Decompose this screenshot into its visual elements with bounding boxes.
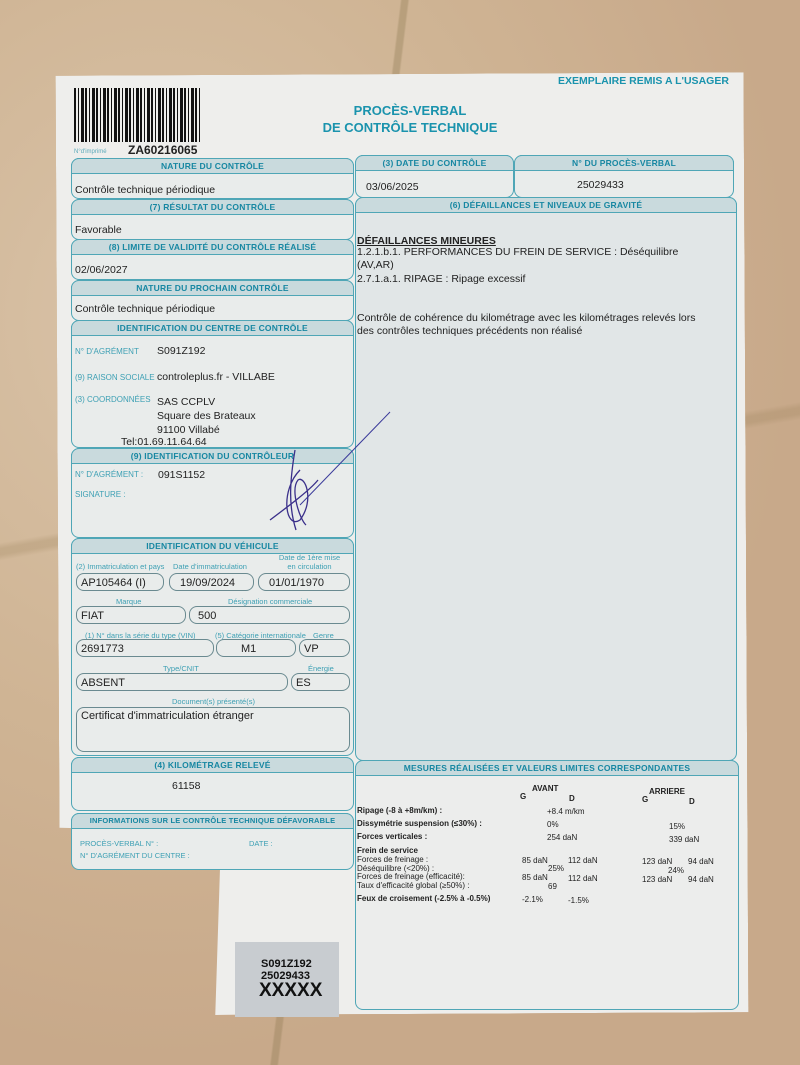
immat-label: (2) Immatriculation et pays [76, 562, 164, 571]
dissym-label: Dissymétrie suspension (≤30%) : [357, 819, 482, 828]
documents-label: Document(s) présenté(s) [172, 697, 255, 706]
defavorable-header: INFORMATIONS SUR LE CONTRÔLE TECHNIQUE D… [71, 813, 354, 829]
dissym-ar: 15% [669, 822, 685, 831]
signature-label: SIGNATURE : [75, 490, 126, 499]
date-immat-field: 19/09/2024 [169, 573, 254, 591]
controleur-agrement-label: N° D'AGRÉMENT : [75, 470, 143, 479]
forces-vert-label: Forces verticales : [357, 832, 427, 841]
prochain-value: Contrôle technique périodique [75, 303, 215, 315]
designation-label: Désignation commerciale [228, 597, 312, 606]
defaillance-line1: 1.2.1.b.1. PERFORMANCES DU FREIN DE SERV… [357, 246, 678, 258]
print-number-label: N°d'imprimé [74, 149, 107, 155]
avant-g-label: G [520, 792, 526, 801]
copy-label: EXEMPLAIRE REMIS A L'USAGER [558, 75, 729, 87]
resultat-value: Favorable [75, 224, 122, 236]
title-line2: DE CONTRÔLE TECHNIQUE [300, 120, 520, 135]
kilometrage-header: (4) KILOMÉTRAGE RELEVÉ [71, 757, 354, 773]
defavorable-pv-label: PROCÈS-VERBAL N° : [80, 839, 158, 848]
type-field: ABSENT [76, 673, 288, 691]
ripage-label: Ripage (-8 à +8m/km) : [357, 806, 442, 815]
sticker: S091Z192 25029433 XXXXX [235, 942, 339, 1017]
date-header: (3) DATE DU CONTRÔLE [355, 155, 514, 171]
freinage-label: Forces de freinage : [357, 855, 428, 864]
centre-coord3: 91100 Villabé [157, 424, 220, 436]
documents-field: Certificat d'immatriculation étranger [76, 707, 350, 752]
ripage-value: +8.4 m/km [547, 807, 585, 816]
pv-header: N° DU PROCÈS-VERBAL [514, 155, 734, 171]
freinage-eff-av-d: 112 daN [568, 874, 598, 883]
premiere-label1: Date de 1ère mise [262, 553, 357, 562]
print-number: ZA60216065 [128, 143, 197, 157]
forces-vert-av: 254 daN [547, 833, 577, 842]
centre-agrement-label: N° D'AGRÉMENT [75, 347, 139, 356]
date-immat-label: Date d'immatriculation [173, 562, 247, 571]
centre-raison-label: (9) RAISON SOCIALE [75, 373, 155, 382]
freinage-eff-av-g: 85 daN [522, 873, 548, 882]
designation-field: 500 [189, 606, 350, 624]
vin-field: 2691773 [76, 639, 214, 657]
sticker-line3: XXXXX [259, 980, 322, 1002]
marque-label: Marque [116, 597, 141, 606]
defaillance-note1: Contrôle de cohérence du kilométrage ave… [357, 312, 696, 324]
centre-coord2: Square des Brateaux [157, 410, 256, 422]
taux-label: Taux d'efficacité global (≥50%) : [357, 881, 470, 890]
sticker-line1: S091Z192 [261, 958, 312, 970]
categorie-field: M1 [216, 639, 296, 657]
immat-field: AP105464 (I) [76, 573, 164, 591]
genre-field: VP [299, 639, 350, 657]
arriere-d-label: D [689, 797, 695, 806]
centre-coord-label: (3) COORDONNÉES [75, 395, 151, 404]
signature-icon [260, 410, 400, 540]
nature-value: Contrôle technique périodique [75, 184, 215, 196]
freinage-av-d: 112 daN [568, 856, 598, 865]
avant-d-label: D [569, 794, 575, 803]
freinage-av-g: 85 daN [522, 856, 548, 865]
premiere-field: 01/01/1970 [258, 573, 350, 591]
defavorable-agrement-label: N° D'AGRÉMENT DU CENTRE : [80, 851, 190, 860]
defaillance-note2: des contrôles techniques précédents non … [357, 325, 582, 337]
centre-header: IDENTIFICATION DU CENTRE DE CONTRÔLE [71, 320, 354, 336]
validite-header: (8) LIMITE DE VALIDITÉ DU CONTRÔLE RÉALI… [71, 239, 354, 255]
freinage-ar-g: 123 daN [642, 857, 672, 866]
defaillance-line3: 2.7.1.a.1. RIPAGE : Ripage excessif [357, 273, 525, 285]
freinage-eff-ar-g: 123 daN [642, 875, 672, 884]
date-value: 03/06/2025 [366, 181, 419, 193]
freinage-eff-ar-d: 94 daN [688, 875, 714, 884]
centre-raison: controleplus.fr - VILLABE [157, 371, 275, 383]
taux-value: 69 [548, 882, 557, 891]
arriere-label: ARRIERE [649, 787, 685, 796]
defaillance-line2: (AV,AR) [357, 259, 394, 271]
arriere-g-label: G [642, 795, 648, 804]
prochain-header: NATURE DU PROCHAIN CONTRÔLE [71, 280, 354, 296]
title-line1: PROCÈS-VERBAL [300, 103, 520, 118]
centre-agrement: S091Z192 [157, 345, 205, 357]
nature-header: NATURE DU CONTRÔLE [71, 158, 354, 174]
validite-value: 02/06/2027 [75, 264, 128, 276]
defavorable-date-label: DATE : [249, 839, 273, 848]
centre-tel: Tel:01.69.11.64.64 [121, 436, 207, 448]
marque-field: FIAT [76, 606, 186, 624]
feux-label: Feux de croisement (-2.5% à -0.5%) [357, 894, 490, 903]
mesures-header: MESURES RÉALISÉES ET VALEURS LIMITES COR… [355, 760, 739, 776]
deseq-ar: 24% [668, 866, 684, 875]
type-label: Type/CNIT [163, 664, 199, 673]
centre-coord1: SAS CCPLV [157, 396, 215, 408]
deseq-av: 25% [548, 864, 564, 873]
avant-label: AVANT [532, 784, 558, 793]
premiere-label2: en circulation [262, 562, 357, 571]
vehicule-header: IDENTIFICATION DU VÉHICULE [71, 538, 354, 554]
feux-g: -2.1% [522, 895, 543, 904]
controleur-agrement: 091S1152 [158, 469, 205, 481]
energie-field: ES [291, 673, 350, 691]
kilometrage-value: 61158 [172, 780, 200, 792]
barcode [74, 88, 200, 142]
dissym-av: 0% [547, 820, 559, 829]
feux-d: -1.5% [568, 896, 589, 905]
forces-vert-ar: 339 daN [669, 835, 699, 844]
frein-label: Frein de service [357, 846, 418, 855]
pv-value: 25029433 [577, 179, 624, 191]
energie-label: Énergie [308, 664, 334, 673]
resultat-header: (7) RÉSULTAT DU CONTRÔLE [71, 199, 354, 215]
freinage-ar-d: 94 daN [688, 857, 714, 866]
defaillances-header: (6) DÉFAILLANCES ET NIVEAUX DE GRAVITÉ [355, 197, 737, 213]
freinage-eff-label: Forces de freinage (efficacité): [357, 872, 465, 881]
